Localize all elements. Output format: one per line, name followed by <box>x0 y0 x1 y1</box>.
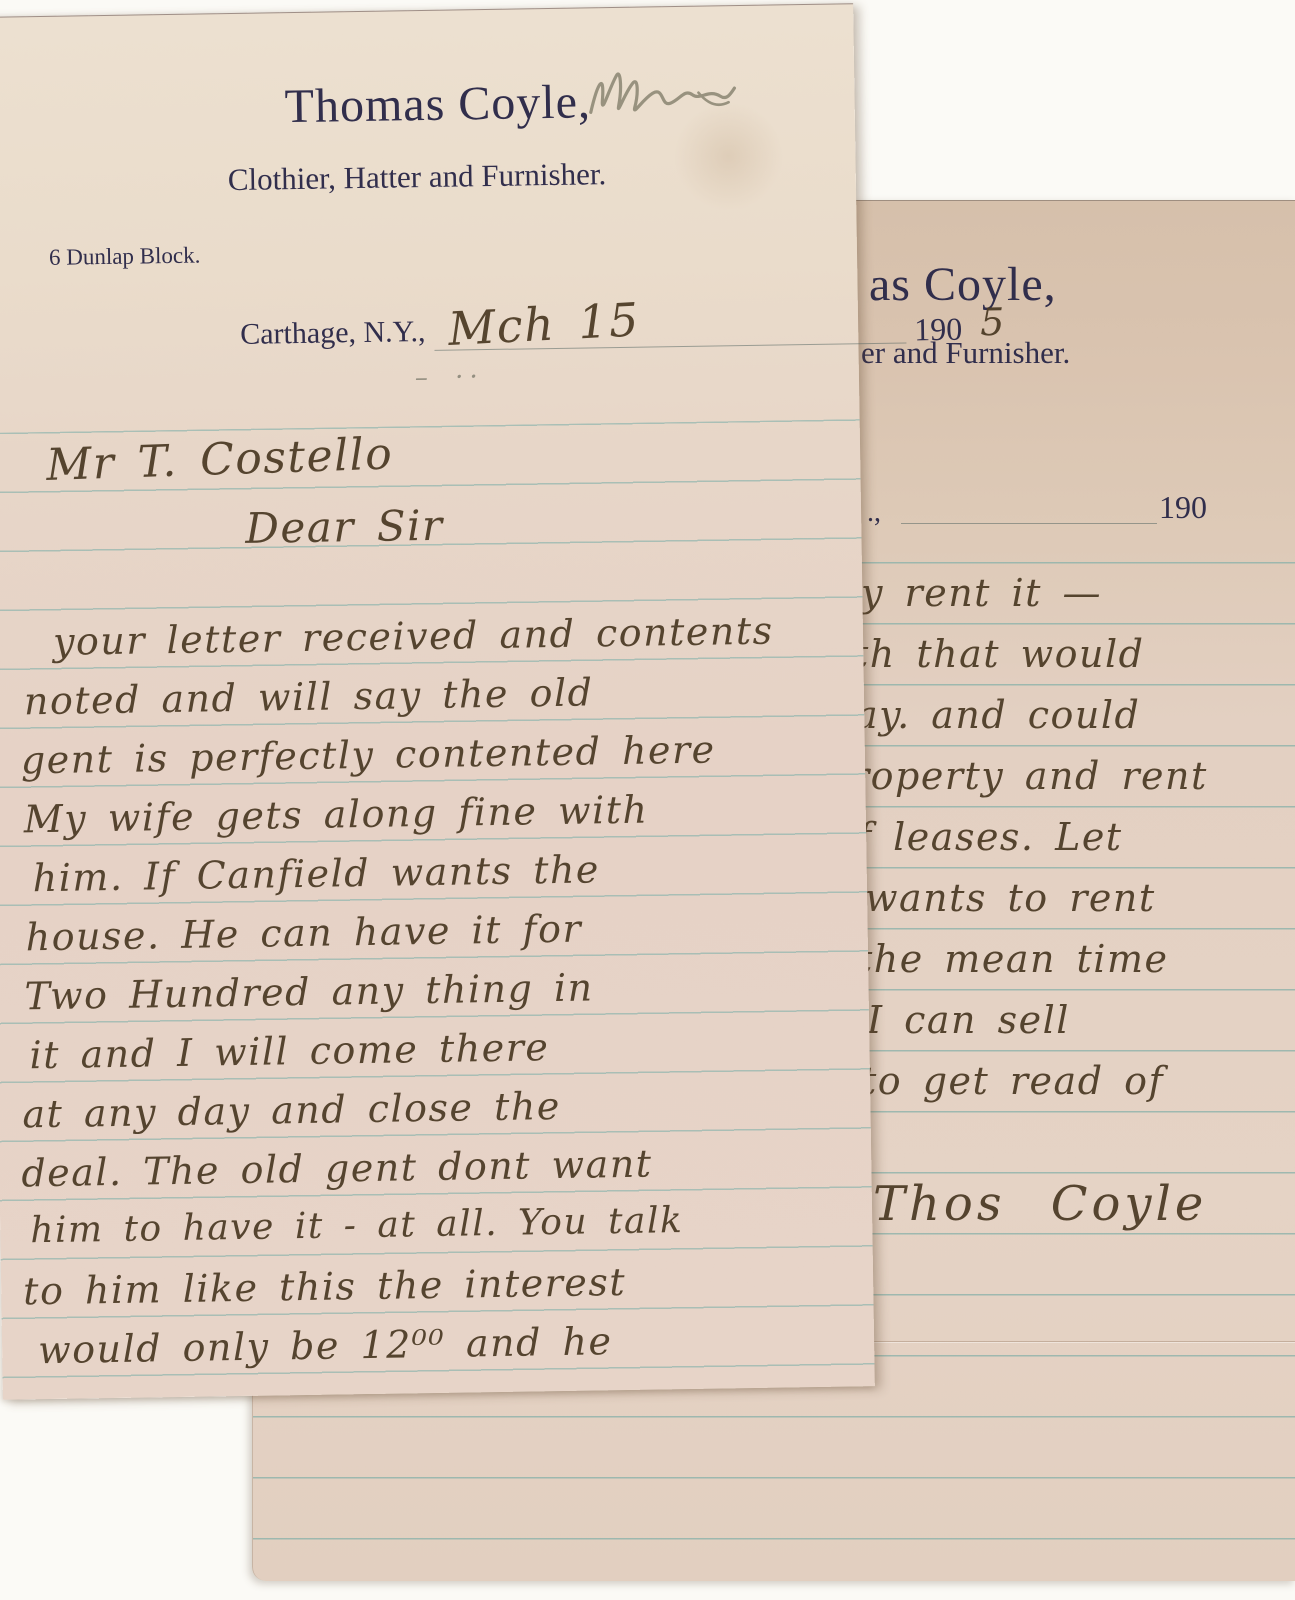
salutation-greeting: Dear Sir <box>245 501 444 553</box>
letterhead-title: Thomas Coyle, <box>284 74 591 134</box>
body-line: would only be 12⁰⁰ and he <box>38 1319 613 1372</box>
page-2-body-fragment: f leases. Let <box>857 815 1123 859</box>
date-handwritten: Mch 15 <box>447 292 641 356</box>
page-2-body-fragment: y rent it — <box>861 571 1102 615</box>
page-2-body-fragment: th that would <box>853 632 1144 676</box>
page-2-body-fragment: wants to rent <box>865 876 1156 920</box>
page-2-body-fragment: to get read of <box>861 1059 1164 1103</box>
letterhead-subtitle: Clothier, Hatter and Furnisher. <box>228 156 607 198</box>
year-printed: 190 <box>914 311 963 349</box>
page-2-body-fragment: I can sell <box>867 998 1070 1042</box>
body-line: it and I will come there <box>29 1025 549 1077</box>
body-line: at any day and close the <box>22 1084 561 1136</box>
body-line: Two Hundred any thing in <box>24 965 594 1018</box>
page-2-letterhead-subtitle-fragment: er and Furnisher. <box>861 335 1070 371</box>
body-line: noted and will say the old <box>24 670 594 723</box>
scanned-letter-document: { "page1": { "letterhead": { "name": "Th… <box>0 0 1295 1600</box>
page-2-date-rule <box>901 523 1157 524</box>
pencil-scribble <box>580 58 741 136</box>
page-1-sheet: Thomas Coyle, Clothier, Hatter and Furni… <box>0 3 875 1400</box>
page-2-place-comma-fragment: ., <box>867 497 881 529</box>
signature: Thos Coyle <box>873 1176 1207 1232</box>
page-2-year-printed: 190 <box>1159 489 1207 526</box>
pencil-dashes: – ·· <box>415 362 484 393</box>
letterhead-place: Carthage, N.Y., <box>240 315 426 352</box>
page-2-body-fragment: roperty and rent <box>851 754 1208 798</box>
page-2-body-fragment: the mean time <box>857 937 1169 981</box>
page-2-body-fragment: ay. and could <box>855 693 1140 737</box>
page-2-letterhead-title-fragment: as Coyle, <box>869 257 1057 312</box>
year-handwritten: 5 <box>980 300 1006 344</box>
body-line: house. He can have it for <box>25 907 582 960</box>
body-line: him. If Canfield wants the <box>32 847 600 900</box>
letterhead-address: 6 Dunlap Block. <box>49 243 201 271</box>
